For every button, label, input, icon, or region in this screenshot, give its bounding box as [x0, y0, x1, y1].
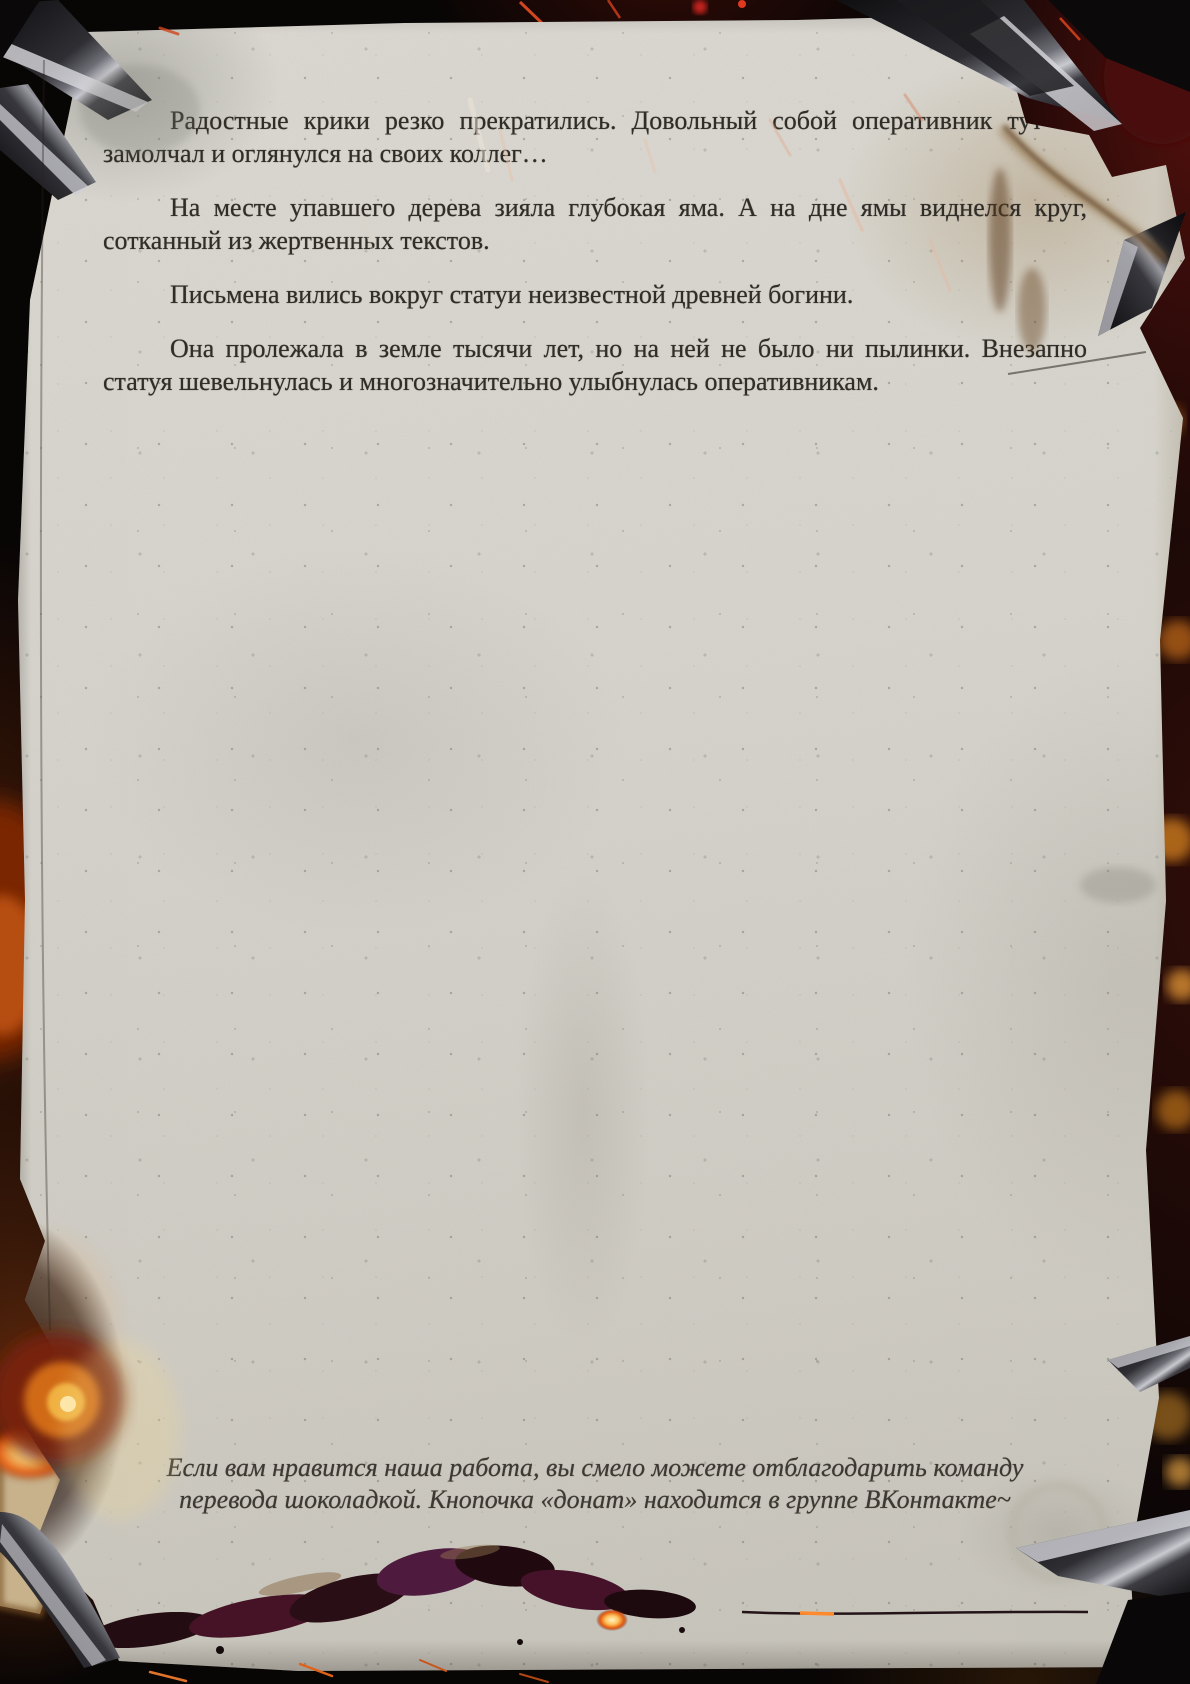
text-line: статуя шевельнулась и многозначительно у…: [103, 365, 1087, 398]
text-line: Письмена вились вокруг статуи неизвестно…: [103, 278, 1087, 311]
burnt-page-scene: Радостные крики резко прекратились. Дово…: [0, 0, 1190, 1684]
note-line: перевода шоколадкой. Кнопочка «донат» на…: [130, 1484, 1060, 1516]
paragraph: Письмена вились вокруг статуи неизвестно…: [103, 278, 1087, 311]
text-line: сотканный из жертвенных текстов.: [103, 224, 1087, 257]
text-line: Она пролежала в земле тысячи лет, но на …: [103, 332, 1087, 365]
text-line: На месте упавшего дерева зияла глубокая …: [103, 191, 1087, 224]
note-line: Если вам нравится наша работа, вы смело …: [130, 1452, 1060, 1484]
text-line: Радостные крики резко прекратились. Дово…: [103, 104, 1087, 137]
paragraph: Она пролежала в земле тысячи лет, но на …: [103, 332, 1087, 398]
manuscript-page: Радостные крики резко прекратились. Дово…: [0, 0, 1190, 1684]
paragraph: На месте упавшего дерева зияла глубокая …: [103, 191, 1087, 257]
translator-note: Если вам нравится наша работа, вы смело …: [130, 1452, 1060, 1516]
story-text: Радостные крики резко прекратились. Дово…: [103, 104, 1087, 419]
text-line: замолчал и оглянулся на своих коллег…: [103, 137, 1087, 170]
paragraph: Радостные крики резко прекратились. Дово…: [103, 104, 1087, 170]
